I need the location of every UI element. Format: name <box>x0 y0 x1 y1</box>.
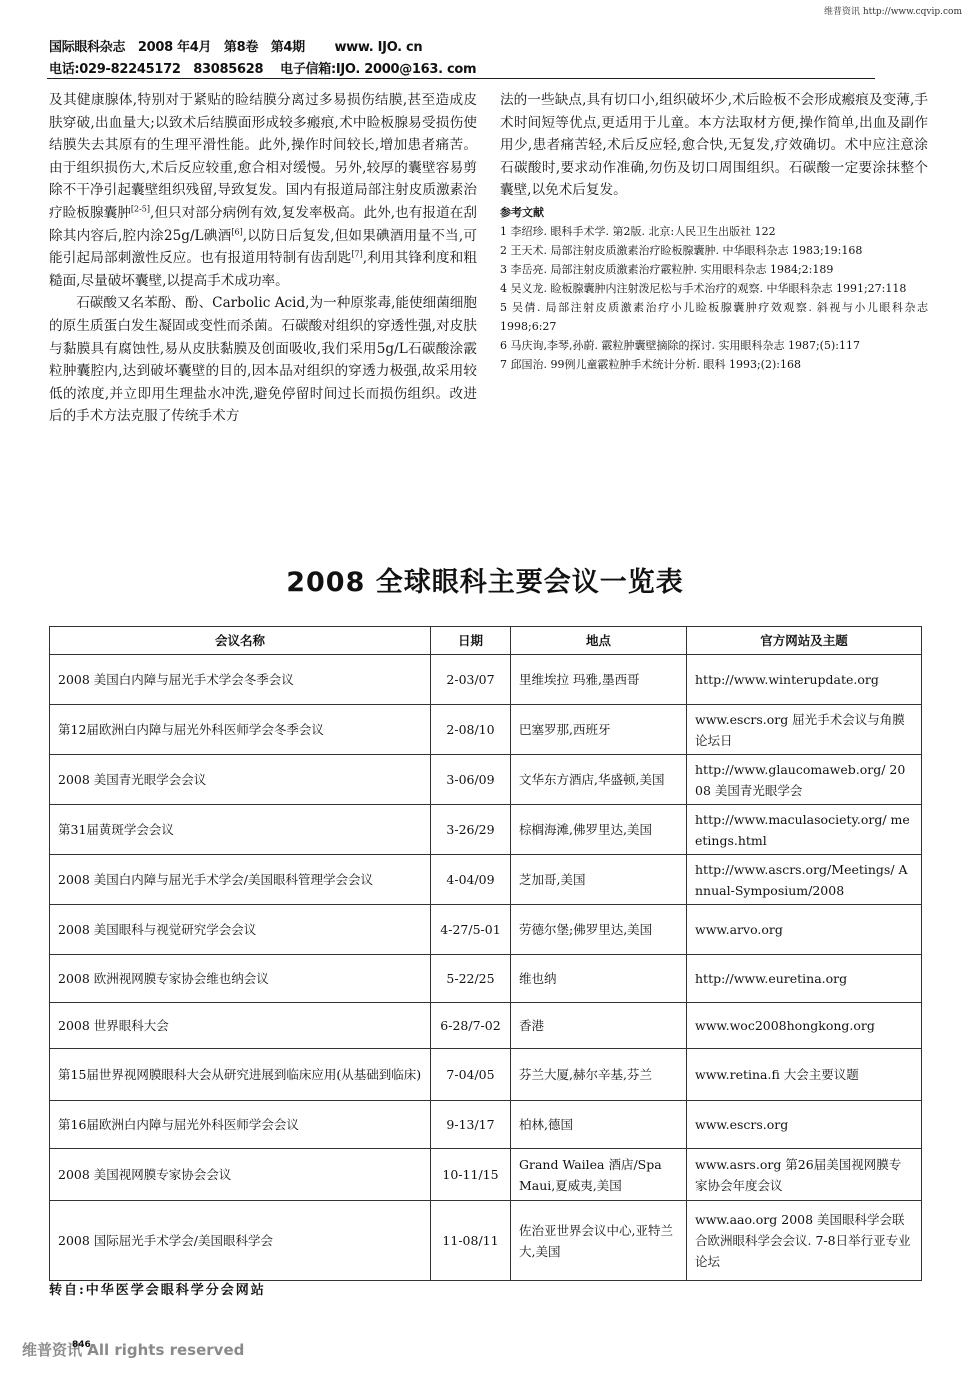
cell-date: 3-26/29 <box>431 805 511 855</box>
header-divider <box>47 78 875 79</box>
citation: [2-5] <box>131 204 150 213</box>
citation: [7] <box>351 250 362 259</box>
watermark-top: 维普资讯 http://www.cqvip.com <box>824 4 962 17</box>
cell-name: 第15届世界视网膜眼科大会从研究进展到临床应用(从基础到临床) <box>50 1049 431 1101</box>
cell-website[interactable]: www.retina.fi 大会主要议题 <box>687 1049 922 1101</box>
cell-website[interactable]: http://www.ascrs.org/Meetings/ Annual-Sy… <box>687 855 922 905</box>
table-row: 第15届世界视网膜眼科大会从研究进展到临床应用(从基础到临床) 7-04/05 … <box>50 1049 922 1101</box>
cell-name: 2008 美国眼科与视觉研究学会会议 <box>50 905 431 955</box>
cell-website[interactable]: http://www.winterupdate.org <box>687 655 922 705</box>
cell-website[interactable]: http://www.euretina.org <box>687 955 922 1003</box>
cell-name: 2008 美国视网膜专家协会会议 <box>50 1149 431 1201</box>
table-header-row: 会议名称 日期 地点 官方网站及主题 <box>50 627 922 655</box>
cell-website[interactable]: www.arvo.org <box>687 905 922 955</box>
cell-name: 2008 国际屈光手术学会/美国眼科学会 <box>50 1201 431 1281</box>
table-row: 2008 国际屈光手术学会/美国眼科学会 11-08/11 佐治亚世界会议中心,… <box>50 1201 922 1281</box>
table-row: 第16届欧洲白内障与屈光外科医师学会会议 9-13/17 柏林,德国 www.e… <box>50 1101 922 1149</box>
table-row: 2008 美国视网膜专家协会会议 10-11/15 Grand Wailea 酒… <box>50 1149 922 1201</box>
cell-name: 第16届欧洲白内障与屈光外科医师学会会议 <box>50 1101 431 1149</box>
table-row: 2008 美国青光眼学会会议 3-06/09 文华东方酒店,华盛顿,美国 htt… <box>50 755 922 805</box>
header-website: 官方网站及主题 <box>687 627 922 655</box>
cell-location: 里维埃拉 玛雅,墨西哥 <box>511 655 687 705</box>
cell-website[interactable]: http://www.maculasociety.org/ meetings.h… <box>687 805 922 855</box>
cell-location: 巴塞罗那,西班牙 <box>511 705 687 755</box>
cell-date: 7-04/05 <box>431 1049 511 1101</box>
cell-location: 文华东方酒店,华盛顿,美国 <box>511 755 687 805</box>
cell-website[interactable]: http://www.glaucomaweb.org/ 2008 美国青光眼学会 <box>687 755 922 805</box>
cell-date: 5-22/25 <box>431 955 511 1003</box>
cell-location: 劳德尔堡;佛罗里达,美国 <box>511 905 687 955</box>
cell-website[interactable]: www.aao.org 2008 美国眼科学会联合欧洲眼科学会会议. 7-8日举… <box>687 1201 922 1281</box>
cell-name: 2008 世界眼科大会 <box>50 1003 431 1049</box>
cell-name: 第31届黄斑学会会议 <box>50 805 431 855</box>
cell-date: 2-08/10 <box>431 705 511 755</box>
cell-name: 第12届欧洲白内障与屈光外科医师学会冬季会议 <box>50 705 431 755</box>
reference-item: 2 王天术. 局部注射皮质激素治疗睑板腺囊肿. 中华眼科杂志 1983;19:1… <box>500 241 928 260</box>
page-number: 846 <box>72 1340 91 1350</box>
paragraph-3: 法的一些缺点,具有切口小,组织破坏少,术后睑板不会形成瘢痕及变薄,手术时间短等优… <box>500 89 928 202</box>
table-row: 2008 世界眼科大会 6-28/7-02 香港 www.woc2008hong… <box>50 1003 922 1049</box>
cell-location: 芝加哥,美国 <box>511 855 687 905</box>
cell-date: 3-06/09 <box>431 755 511 805</box>
table-title: 2008 全球眼科主要会议一览表 <box>0 560 970 599</box>
table-row: 2008 欧洲视网膜专家协会维也纳会议 5-22/25 维也纳 http://w… <box>50 955 922 1003</box>
cell-location: Grand Wailea 酒店/Spa Maui,夏威夷,美国 <box>511 1149 687 1201</box>
references-list: 1 李绍珍. 眼科手术学. 第2版. 北京:人民卫生出版社 122 2 王天术.… <box>500 222 928 374</box>
paragraph-1: 及其健康腺体,特别对于紧贴的睑结膜分离过多易损伤结膜,甚至造成皮肤穿破,出血量大… <box>49 89 477 292</box>
cell-website[interactable]: www.escrs.org 屈光手术会议与角膜论坛日 <box>687 705 922 755</box>
reference-item: 4 吴义龙. 睑板腺囊肿内注射泼尼松与手术治疗的观察. 中华眼科杂志 1991;… <box>500 279 928 298</box>
cell-name: 2008 美国白内障与屈光手术学会/美国眼科管理学会会议 <box>50 855 431 905</box>
cell-date: 10-11/15 <box>431 1149 511 1201</box>
cell-location: 棕榈海滩,佛罗里达,美国 <box>511 805 687 855</box>
cell-name: 2008 欧洲视网膜专家协会维也纳会议 <box>50 955 431 1003</box>
cell-date: 4-04/09 <box>431 855 511 905</box>
cell-name: 2008 美国青光眼学会会议 <box>50 755 431 805</box>
table-row: 2008 美国眼科与视觉研究学会会议 4-27/5-01 劳德尔堡;佛罗里达,美… <box>50 905 922 955</box>
journal-header-line2: 电话:029-82245172 83085628 电子信箱:IJO. 2000@… <box>49 58 476 77</box>
footer-watermark: 维普资讯 All rights reserved <box>22 1339 244 1360</box>
cell-location: 佐治亚世界会议中心,亚特兰大,美国 <box>511 1201 687 1281</box>
journal-header-line1: 国际眼科杂志 2008 年4月 第8卷 第4期 www. IJO. cn <box>49 36 422 55</box>
reference-item: 7 邱国治. 99例儿童霰粒肿手术统计分析. 眼科 1993;(2):168 <box>500 355 928 374</box>
reference-item: 3 李岳亮. 局部注射皮质激素治疗霰粒肿. 实用眼科杂志 1984;2:189 <box>500 260 928 279</box>
reference-item: 5 吴倩. 局部注射皮质激素治疗小儿睑板腺囊肿疗效观察. 斜视与小儿眼科杂志 1… <box>500 298 928 336</box>
cell-name: 2008 美国白内障与屈光手术学会冬季会议 <box>50 655 431 705</box>
cell-date: 2-03/07 <box>431 655 511 705</box>
cell-location: 柏林,德国 <box>511 1101 687 1149</box>
conference-table: 会议名称 日期 地点 官方网站及主题 2008 美国白内障与屈光手术学会冬季会议… <box>49 626 922 1281</box>
source-note: 转自:中华医学会眼科学分会网站 <box>49 1279 266 1298</box>
right-column: 法的一些缺点,具有切口小,组织破坏少,术后睑板不会形成瘢痕及变薄,手术时间短等优… <box>500 89 928 374</box>
table-row: 2008 美国白内障与屈光手术学会/美国眼科管理学会会议 4-04/09 芝加哥… <box>50 855 922 905</box>
header-date: 日期 <box>431 627 511 655</box>
cell-website[interactable]: www.escrs.org <box>687 1101 922 1149</box>
citation: [6] <box>231 227 242 236</box>
cell-location: 芬兰大厦,赫尔辛基,芬兰 <box>511 1049 687 1101</box>
cell-date: 9-13/17 <box>431 1101 511 1149</box>
cell-date: 4-27/5-01 <box>431 905 511 955</box>
header-location: 地点 <box>511 627 687 655</box>
cell-date: 11-08/11 <box>431 1201 511 1281</box>
table-row: 第31届黄斑学会会议 3-26/29 棕榈海滩,佛罗里达,美国 http://w… <box>50 805 922 855</box>
table-row: 2008 美国白内障与屈光手术学会冬季会议 2-03/07 里维埃拉 玛雅,墨西… <box>50 655 922 705</box>
cell-location: 维也纳 <box>511 955 687 1003</box>
header-name: 会议名称 <box>50 627 431 655</box>
paragraph-2: 石碳酸又名苯酚、酚、Carbolic Acid,为一种原浆毒,能使细菌细胞的原生… <box>49 292 477 428</box>
references-title: 参考文献 <box>500 204 928 222</box>
table-row: 第12届欧洲白内障与屈光外科医师学会冬季会议 2-08/10 巴塞罗那,西班牙 … <box>50 705 922 755</box>
cell-website[interactable]: www.asrs.org 第26届美国视网膜专家协会年度会议 <box>687 1149 922 1201</box>
reference-item: 1 李绍珍. 眼科手术学. 第2版. 北京:人民卫生出版社 122 <box>500 222 928 241</box>
cell-website[interactable]: www.woc2008hongkong.org <box>687 1003 922 1049</box>
cell-date: 6-28/7-02 <box>431 1003 511 1049</box>
left-column: 及其健康腺体,特别对于紧贴的睑结膜分离过多易损伤结膜,甚至造成皮肤穿破,出血量大… <box>49 89 477 428</box>
cell-location: 香港 <box>511 1003 687 1049</box>
reference-item: 6 马庆询,李琴,孙蔚. 霰粒肿囊壁摘除的探讨. 实用眼科杂志 1987;(5)… <box>500 336 928 355</box>
